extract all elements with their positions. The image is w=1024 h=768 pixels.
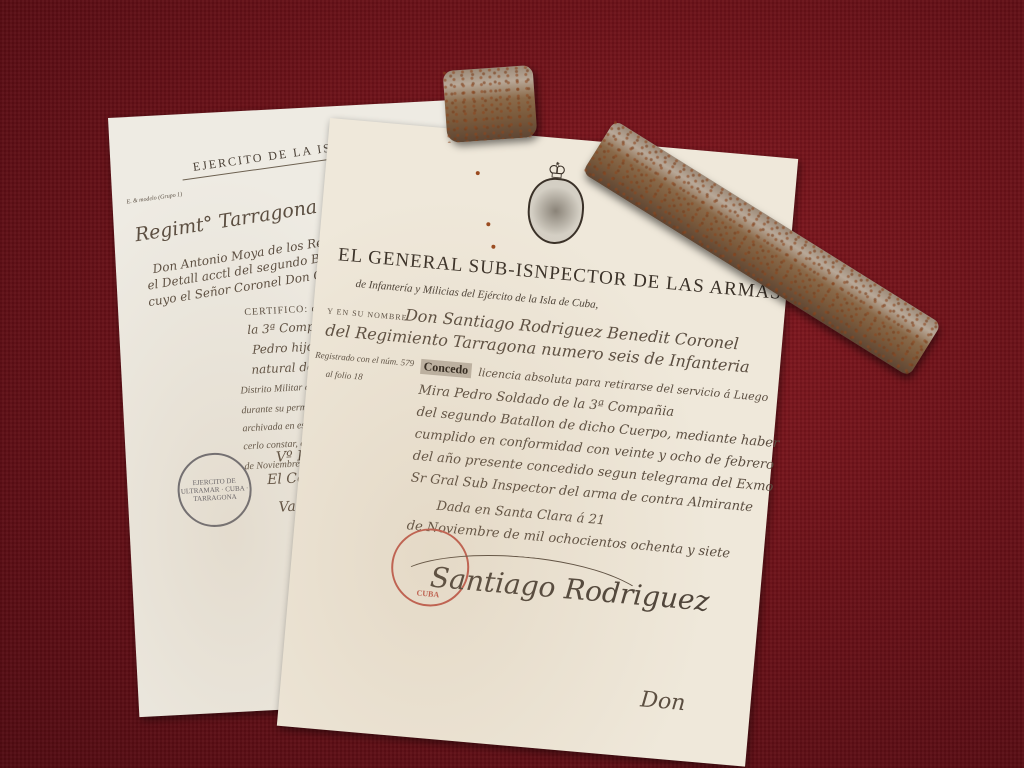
rust-stain bbox=[486, 222, 490, 226]
form-reference: E. & modelo (Grupo 1) bbox=[126, 192, 182, 206]
army-seal-stamp: EJERCITO DE ULTRAMAR · CUBA · TARRAGONA bbox=[176, 451, 254, 529]
concedo-label: Concedo bbox=[420, 359, 472, 378]
royal-coat-of-arms-icon bbox=[525, 176, 587, 247]
rusty-tube-cap bbox=[443, 65, 538, 143]
registration-number: Registrado con el núm. 579 bbox=[315, 350, 415, 369]
rust-stain bbox=[491, 245, 495, 249]
en-su-nombre-label: Y EN SU NOMBRE bbox=[327, 307, 408, 323]
rust-stain bbox=[476, 171, 480, 175]
rubric: Don bbox=[639, 687, 686, 716]
folio-number: al folio 18 bbox=[325, 369, 363, 382]
signature-flourish bbox=[386, 545, 654, 650]
